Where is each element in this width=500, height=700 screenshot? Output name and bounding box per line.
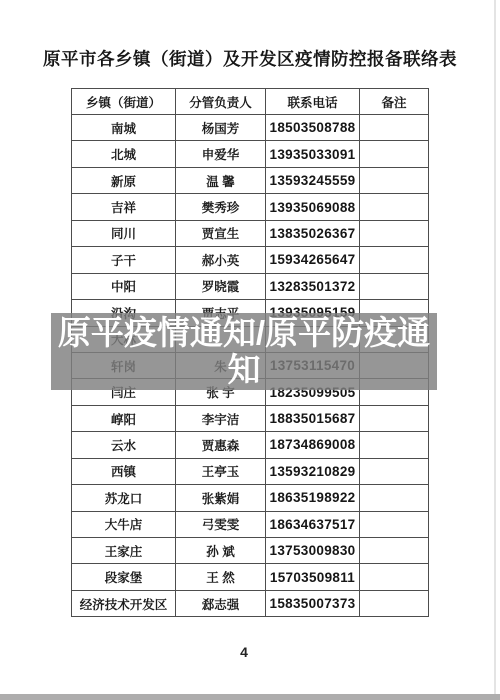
note-cell: [360, 511, 429, 537]
person-cell: 郄志强: [176, 590, 266, 616]
person-cell: 王亭玉: [176, 458, 266, 484]
column-header-phone: 联系电话: [266, 89, 360, 115]
town-cell: 经济技术开发区: [72, 590, 176, 616]
table-row: 云水贾惠森18734869008: [72, 432, 429, 458]
phone-cell: 18634637517: [266, 511, 360, 537]
table-row: 中阳罗晓霞13283501372: [72, 273, 429, 299]
bottom-edge-strip: [0, 694, 500, 700]
note-cell: [360, 141, 429, 167]
table-row: 新原温 馨13593245559: [72, 167, 429, 193]
note-cell: [360, 194, 429, 220]
table-row: 王家庄孙 斌13753009830: [72, 538, 429, 564]
table-row: 西镇王亭玉13593210829: [72, 458, 429, 484]
table-row: 子干郝小英15934265647: [72, 247, 429, 273]
phone-cell: 13935069088: [266, 194, 360, 220]
phone-cell: 13935033091: [266, 141, 360, 167]
person-cell: 王 然: [176, 564, 266, 590]
person-cell: 张紫娟: [176, 485, 266, 511]
town-cell: 北城: [72, 141, 176, 167]
person-cell: 杨国芳: [176, 115, 266, 141]
person-cell: 温 馨: [176, 167, 266, 193]
town-cell: 段家堡: [72, 564, 176, 590]
note-cell: [360, 458, 429, 484]
phone-cell: 18635198922: [266, 485, 360, 511]
table-header-row: 乡镇（街道） 分管负责人 联系电话 备注: [72, 89, 429, 115]
note-cell: [360, 485, 429, 511]
note-cell: [360, 405, 429, 431]
table-row: 北城申爱华13935033091: [72, 141, 429, 167]
note-cell: [360, 115, 429, 141]
table-row: 同川贾宣生13835026367: [72, 220, 429, 246]
town-cell: 崞阳: [72, 405, 176, 431]
table-row: 崞阳李宇洁18835015687: [72, 405, 429, 431]
phone-cell: 13593210829: [266, 458, 360, 484]
person-cell: 申爱华: [176, 141, 266, 167]
town-cell: 王家庄: [72, 538, 176, 564]
town-cell: 新原: [72, 167, 176, 193]
watermark-overlay: 原平疫情通知/原平防疫通 知: [51, 313, 437, 390]
note-cell: [360, 273, 429, 299]
phone-cell: 15703509811: [266, 564, 360, 590]
town-cell: 大牛店: [72, 511, 176, 537]
table-row: 经济技术开发区郄志强15835007373: [72, 590, 429, 616]
watermark-line2: 知: [51, 351, 437, 388]
phone-cell: 18835015687: [266, 405, 360, 431]
column-header-town: 乡镇（街道）: [72, 89, 176, 115]
watermark-line1: 原平疫情通知/原平防疫通: [51, 314, 437, 351]
phone-cell: 13283501372: [266, 273, 360, 299]
town-cell: 吉祥: [72, 194, 176, 220]
table-row: 苏龙口张紫娟18635198922: [72, 485, 429, 511]
note-cell: [360, 590, 429, 616]
phone-cell: 18734869008: [266, 432, 360, 458]
phone-cell: 15835007373: [266, 590, 360, 616]
town-cell: 西镇: [72, 458, 176, 484]
town-cell: 同川: [72, 220, 176, 246]
person-cell: 樊秀珍: [176, 194, 266, 220]
page-edge-line: [494, 0, 496, 700]
town-cell: 南城: [72, 115, 176, 141]
town-cell: 子干: [72, 247, 176, 273]
person-cell: 孙 斌: [176, 538, 266, 564]
town-cell: 中阳: [72, 273, 176, 299]
note-cell: [360, 538, 429, 564]
table-row: 吉祥樊秀珍13935069088: [72, 194, 429, 220]
phone-cell: 18503508788: [266, 115, 360, 141]
note-cell: [360, 432, 429, 458]
phone-cell: 13593245559: [266, 167, 360, 193]
table-row: 南城杨国芳18503508788: [72, 115, 429, 141]
note-cell: [360, 564, 429, 590]
phone-cell: 13835026367: [266, 220, 360, 246]
table-row: 大牛店弓雯雯18634637517: [72, 511, 429, 537]
person-cell: 贾宣生: [176, 220, 266, 246]
page-title: 原平市各乡镇（街道）及开发区疫情防控报备联络表: [0, 46, 500, 71]
note-cell: [360, 167, 429, 193]
person-cell: 李宇洁: [176, 405, 266, 431]
table-row: 段家堡王 然15703509811: [72, 564, 429, 590]
town-cell: 苏龙口: [72, 485, 176, 511]
phone-cell: 15934265647: [266, 247, 360, 273]
person-cell: 郝小英: [176, 247, 266, 273]
column-header-note: 备注: [360, 89, 429, 115]
note-cell: [360, 247, 429, 273]
note-cell: [360, 220, 429, 246]
phone-cell: 13753009830: [266, 538, 360, 564]
town-cell: 云水: [72, 432, 176, 458]
person-cell: 弓雯雯: [176, 511, 266, 537]
person-cell: 贾惠森: [176, 432, 266, 458]
person-cell: 罗晓霞: [176, 273, 266, 299]
column-header-person: 分管负责人: [176, 89, 266, 115]
page-number: 4: [0, 644, 488, 660]
